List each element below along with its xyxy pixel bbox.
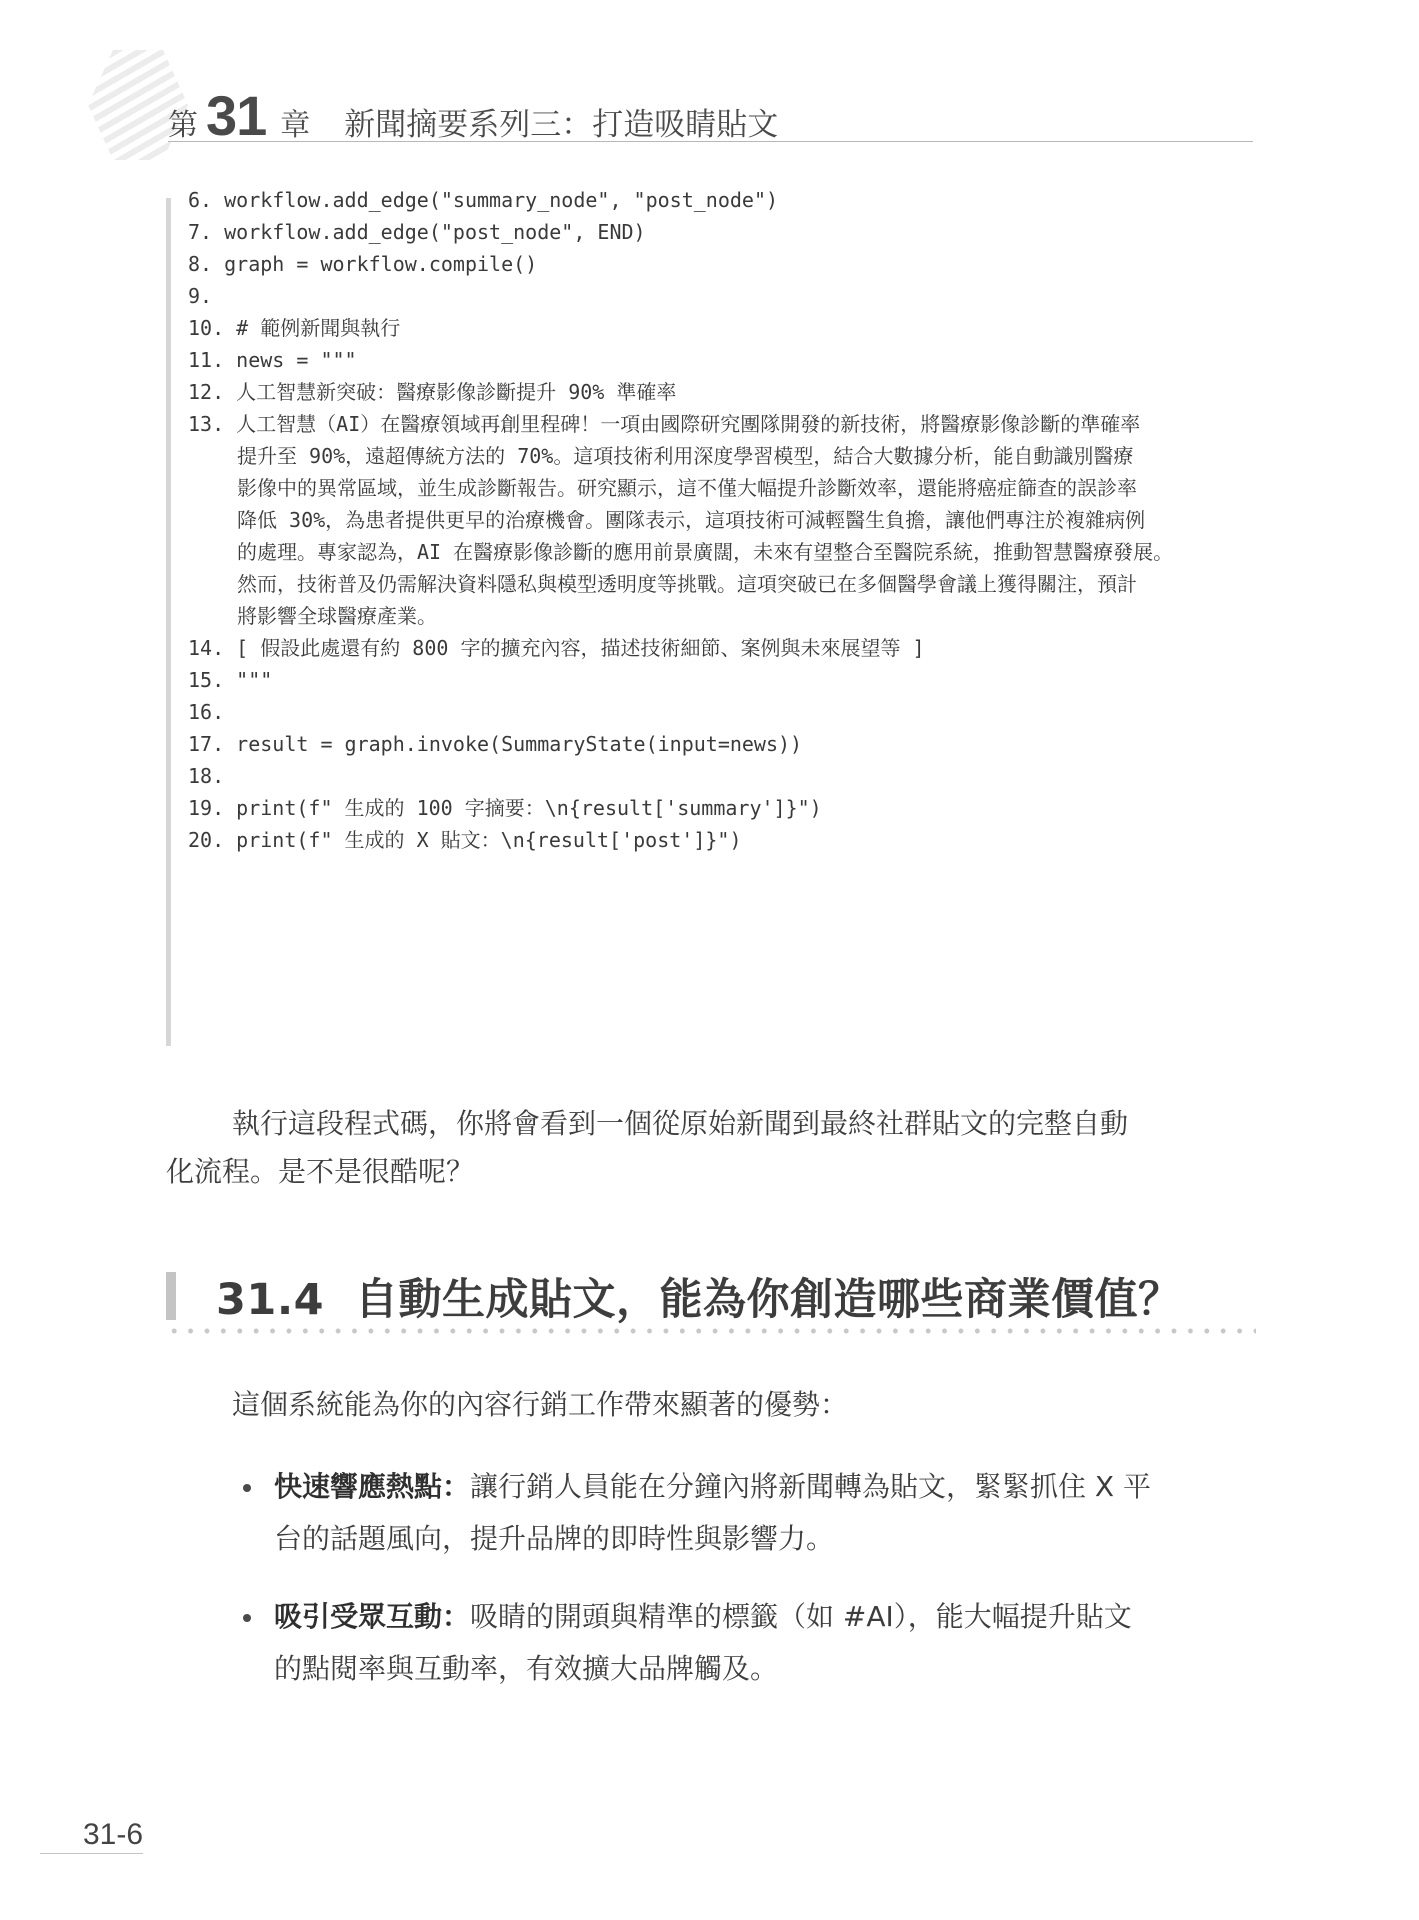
code-line: 11. news = """ — [188, 346, 357, 374]
bullet-term: 吸引受眾互動： — [274, 1600, 470, 1633]
body-paragraph-line: 執行這段程式碼，你將會看到一個從原始新聞到最終社群貼文的完整自動 — [232, 1104, 1128, 1144]
code-line-continuation: 將影響全球醫療產業。 — [237, 602, 437, 630]
code-line: 7. workflow.add_edge("post_node", END) — [188, 218, 646, 246]
code-line: 8. graph = workflow.compile() — [188, 250, 537, 278]
chapter-suffix: 章 — [280, 100, 310, 144]
page-number: 31-6 — [83, 1818, 143, 1852]
code-line-continuation: 提升至 90%，遠超傳統方法的 70%。這項技術利用深度學習模型，結合大數據分析… — [237, 442, 1133, 470]
code-line: 10. # 範例新聞與執行 — [188, 314, 400, 342]
chapter-prefix: 第 — [168, 100, 198, 144]
code-line: 6. workflow.add_edge("summary_node", "po… — [188, 186, 778, 214]
code-line-continuation: 然而，技術普及仍需解決資料隱私與模型透明度等挑戰。這項突破已在多個醫學會議上獲得… — [237, 570, 1137, 598]
bullet-item-continuation: 台的話題風向，提升品牌的即時性與影響力。 — [274, 1519, 834, 1559]
code-block: 6. workflow.add_edge("summary_node", "po… — [166, 198, 1261, 1046]
code-line: 16. — [188, 698, 236, 726]
code-line: 9. — [188, 282, 224, 310]
footer-divider — [40, 1853, 143, 1854]
chapter-number: 31 — [206, 88, 266, 144]
bullet-icon — [243, 1484, 251, 1492]
bullet-item-continuation: 的點閱率與互動率，有效擴大品牌觸及。 — [274, 1649, 778, 1689]
section-title: 自動生成貼文，能為你創造哪些商業價值？ — [355, 1275, 1182, 1325]
code-line: 13. 人工智慧（AI）在醫療領域再創里程碑！一項由國際研究團隊開發的新技術，將… — [188, 410, 1140, 438]
section-dotted-divider — [166, 1328, 1256, 1334]
code-line: 15. """ — [188, 666, 272, 694]
section-intro: 這個系統能為你的內容行銷工作帶來顯著的優勢： — [232, 1385, 848, 1425]
code-line-continuation: 影像中的異常區域，並生成診斷報告。研究顯示，這不僅大幅提升診斷效率，還能將癌症篩… — [237, 474, 1137, 502]
code-line: 12. 人工智慧新突破：醫療影像診斷提升 90% 準確率 — [188, 378, 676, 406]
section-heading-bar — [166, 1272, 176, 1320]
chapter-title: 新聞摘要系列三：打造吸睛貼文 — [344, 99, 778, 144]
bullet-icon — [243, 1614, 251, 1622]
code-line: 18. — [188, 762, 236, 790]
section-number: 31.4 — [216, 1275, 324, 1325]
header-divider — [168, 141, 1253, 142]
code-line: 14. [ 假設此處還有約 800 字的擴充內容，描述技術細節、案例與未來展望等… — [188, 634, 925, 662]
code-line: 20. print(f" 生成的 X 貼文：\n{result['post']}… — [188, 826, 741, 854]
bullet-item: 快速響應熱點：讓行銷人員能在分鐘內將新聞轉為貼文，緊緊抓住 X 平 — [274, 1467, 1151, 1507]
code-line: 17. result = graph.invoke(SummaryState(i… — [188, 730, 802, 758]
code-line-continuation: 降低 30%，為患者提供更早的治療機會。團隊表示，這項技術可減輕醫生負擔，讓他們… — [237, 506, 1145, 534]
bullet-term: 快速響應熱點： — [274, 1470, 470, 1503]
bullet-item: 吸引受眾互動：吸睛的開頭與精準的標籤（如 #AI），能大幅提升貼文 — [274, 1597, 1132, 1637]
code-line: 19. print(f" 生成的 100 字摘要：\n{result['summ… — [188, 794, 822, 822]
chapter-header: 第 31 章 新聞摘要系列三：打造吸睛貼文 — [168, 88, 778, 144]
code-line-continuation: 的處理。專家認為，AI 在醫療影像診斷的應用前景廣闊，未來有望整合至醫院系統，推… — [237, 538, 1173, 566]
section-heading: 31.4 自動生成貼文，能為你創造哪些商業價值？ — [216, 1266, 1182, 1327]
body-paragraph-line: 化流程。是不是很酷呢？ — [166, 1152, 474, 1192]
